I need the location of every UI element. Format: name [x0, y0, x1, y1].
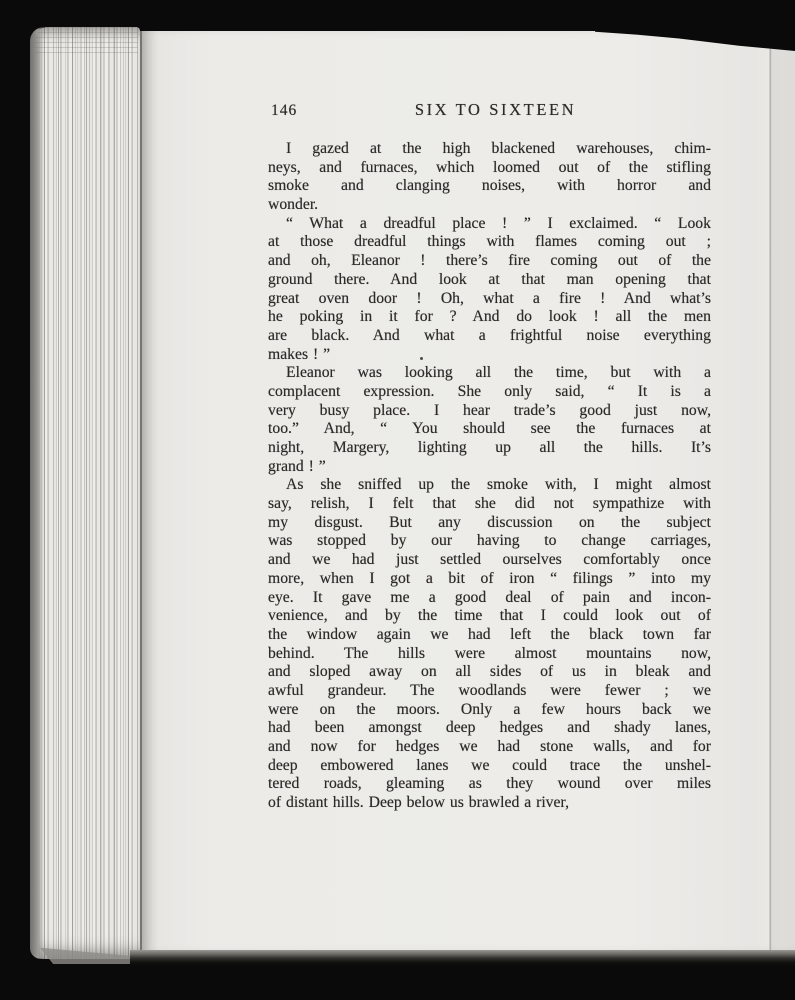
text-line: complacent expression. She only said, “ … [268, 383, 711, 402]
text-line: awful grandeur. The woodlands were fewer… [268, 682, 711, 701]
text-line: of distant hills. Deep below us brawled … [268, 794, 711, 813]
text-line: I gazed at the high blackened warehouses… [268, 140, 711, 159]
text-line: As she sniffed up the smoke with, I migh… [268, 476, 711, 495]
text-line: and oh, Eleanor ! there’s fire coming ou… [268, 252, 711, 271]
text-line: my disgust. But any discussion on the su… [268, 514, 711, 533]
text-line: great oven door ! Oh, what a fire ! And … [268, 290, 711, 309]
text-line: tered roads, gleaming as they wound over… [268, 775, 711, 794]
text-line: and now for hedges we had stone walls, a… [268, 738, 711, 757]
text-line: very busy place. I hear trade’s good jus… [268, 402, 711, 421]
book-scan: 146 SIX TO SIXTEEN I gazed at the high b… [0, 0, 795, 1000]
text-line: ground there. And look at that man openi… [268, 271, 711, 290]
text-line: deep embowered lanes we could trace the … [268, 757, 711, 776]
text-line: makes ! ” [268, 346, 711, 365]
gutter-shade [772, 31, 795, 952]
text-line: had been amongst deep hedges and shady l… [268, 719, 711, 738]
text-line: night, Margery, lighting up all the hill… [268, 439, 711, 458]
text-line: smoke and clanging noises, with horror a… [268, 177, 711, 196]
text-line: neys, and furnaces, which loomed out of … [268, 159, 711, 178]
book-page: 146 SIX TO SIXTEEN I gazed at the high b… [140, 31, 795, 952]
body-text: I gazed at the high blackened warehouses… [268, 140, 711, 813]
print-artifact-dot [420, 357, 423, 360]
text-line: was stopped by our having to change carr… [268, 532, 711, 551]
text-line: say, relish, I felt that she did not sym… [268, 495, 711, 514]
text-line: are black. And what a frightful noise ev… [268, 327, 711, 346]
text-line: grand ! ” [268, 458, 711, 477]
text-line: venience, and by the time that I could l… [268, 607, 711, 626]
text-line: behind. The hills were almost mountains … [268, 645, 711, 664]
text-line: more, when I got a bit of iron “ filings… [268, 570, 711, 589]
text-line: at those dreadful things with flames com… [268, 233, 711, 252]
text-line: he poking in it for ? And do look ! all … [268, 308, 711, 327]
page-header: 146 SIX TO SIXTEEN [268, 100, 711, 120]
bottom-edge-shadow [130, 950, 795, 966]
text-line: and sloped away on all sides of us in bl… [268, 663, 711, 682]
running-title: SIX TO SIXTEEN [274, 100, 717, 120]
text-column: 146 SIX TO SIXTEEN I gazed at the high b… [268, 100, 711, 813]
text-line: wonder. [268, 196, 711, 215]
text-line: “ What a dreadful place ! ” I exclaimed.… [268, 215, 711, 234]
text-line: eye. It gave me a good deal of pain and … [268, 589, 711, 608]
book-page-edges [30, 27, 140, 959]
text-line: too.” And, “ You should see the furnaces… [268, 420, 711, 439]
text-line: Eleanor was looking all the time, but wi… [268, 364, 711, 383]
text-line: and we had just settled ourselves comfor… [268, 551, 711, 570]
text-line: were on the moors. Only a few hours back… [268, 701, 711, 720]
text-line: the window again we had left the black t… [268, 626, 711, 645]
